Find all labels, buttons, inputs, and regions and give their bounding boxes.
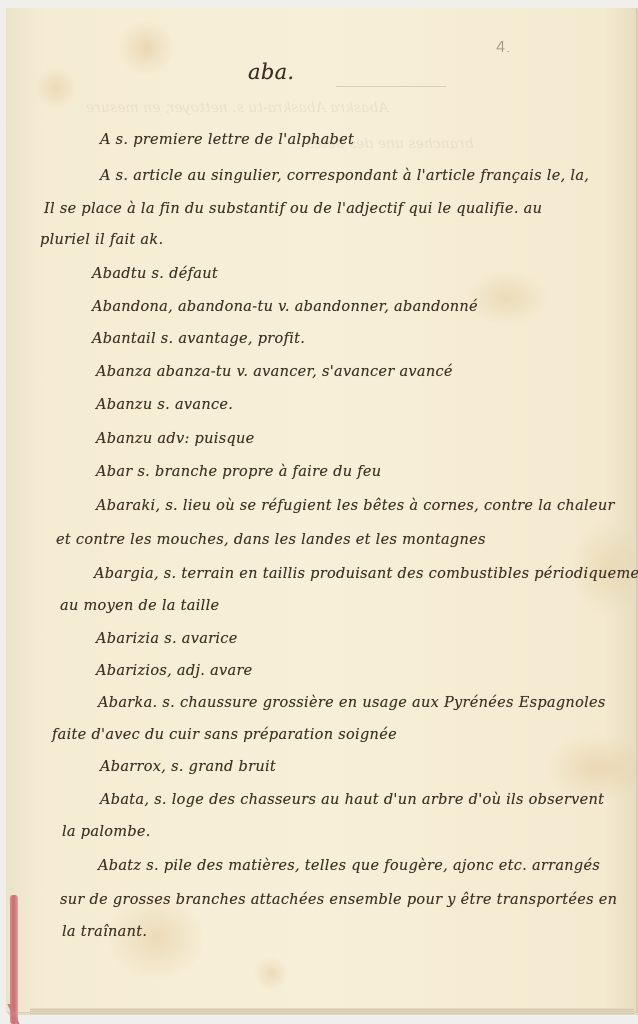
manuscript-line: faite d'avec du cuir sans préparation so… [52,727,397,743]
stacked-page-edges [30,1008,634,1014]
paper-sheet: aba. 4. Abaskra Abaskra-tu s. nettoyer, … [6,8,637,1012]
manuscript-line: sur de grosses branches attachées ensemb… [60,892,617,908]
manuscript-line: A s. premiere lettre de l'alphabet [100,132,354,148]
manuscript-line: Abanzu adv: puisque [96,431,255,447]
manuscript-line: Abanza abanza-tu v. avancer, s'avancer a… [96,364,453,380]
manuscript-line: Abarizia s. avarice [96,631,238,647]
manuscript-line: Abar s. branche propre à faire du feu [96,464,381,480]
manuscript-line: Abargia, s. terrain en taillis produisan… [94,566,638,582]
manuscript-line: Abarrox, s. grand bruit [100,759,276,775]
manuscript-line: Abaraki, s. lieu où se réfugient les bêt… [96,498,615,514]
manuscript-line: pluriel il fait ak. [40,232,163,248]
manuscript-line: Abata, s. loge des chasseurs au haut d'u… [100,792,604,808]
manuscript-line: Abadtu s. défaut [92,266,218,282]
manuscript-line: Abarizios, adj. avare [96,663,253,679]
manuscript-line: Abatz s. pile des matières, telles que f… [98,858,600,874]
manuscript-line: Abanzu s. avance. [96,397,233,413]
page-number: 4. [496,38,511,56]
manuscript-line: la traînant. [62,924,147,940]
manuscript-line: Abandona, abandona-tu v. abandonner, aba… [92,299,478,315]
scanned-manuscript-page: aba. 4. Abaskra Abaskra-tu s. nettoyer, … [0,0,638,1024]
manuscript-line: A s. article au singulier, correspondant… [100,168,589,184]
manuscript-line: au moyen de la taille [60,598,219,614]
manuscript-line: et contre les mouches, dans les landes e… [56,532,486,548]
manuscript-line: la palombe. [62,824,151,840]
page-header-word: aba. [248,60,294,84]
bleed-through-line: Abaskra Abaskra-tu s. nettoyer, en mesur… [86,100,388,116]
binding-thread [10,895,18,1024]
manuscript-line: Abarka. s. chaussure grossière en usage … [98,695,606,711]
manuscript-line: Abantail s. avantage, profit. [92,331,305,347]
header-rule [336,86,446,87]
manuscript-line: Il se place à la fin du substantif ou de… [44,201,542,217]
